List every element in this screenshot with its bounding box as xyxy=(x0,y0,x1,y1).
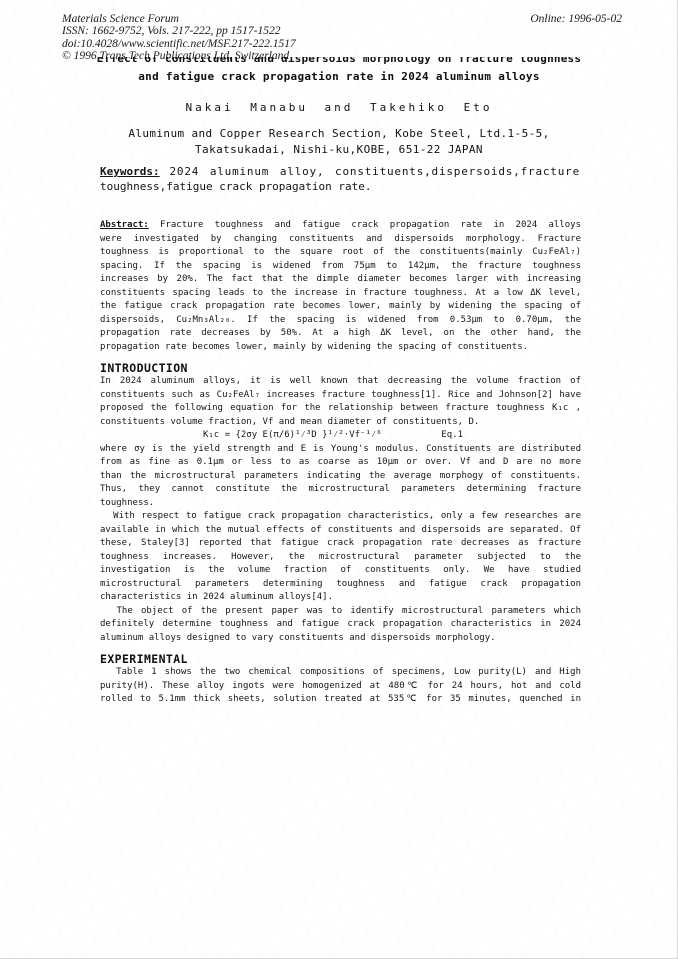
text-line: doi:10.4028/www.scientific.net/MSF.217-2… xyxy=(62,38,482,50)
keywords-line1: Keywords: 2024 aluminum alloy, constitue… xyxy=(100,165,580,180)
online-date: Online: 1996-05-02 xyxy=(0,13,622,25)
text-line: The object of the present paper was to i… xyxy=(100,605,581,619)
text-line: ISSN: 1662-9752, Vols. 217-222, pp 1517-… xyxy=(62,25,482,37)
text-line: propagation rate becomes lower, mainly b… xyxy=(100,341,581,355)
paper-title-line1-text: Effect of constituents and dispersoids m… xyxy=(88,57,590,65)
paper-title-line2: and fatigue crack propagation rate in 20… xyxy=(88,70,590,83)
affiliation-line2: Takatsukadai, Nishi-ku,KOBE, 651-22 JAPA… xyxy=(88,142,590,158)
keywords-text: 2024 aluminum alloy, constituents,disper… xyxy=(169,165,580,178)
authors: Nakai Manabu and Takehiko Eto xyxy=(88,101,590,114)
abstract-label: Abstract: xyxy=(100,220,149,230)
text-line: K₁c = {2σy E(π/6)¹⁄³D }¹⁄²·Vf⁻¹⁄⁶ Eq.1 xyxy=(100,429,581,443)
experimental-lines: Table 1 shows the two chemical compositi… xyxy=(100,666,581,707)
abstract-line1: Abstract: Fracture toughness and fatigue… xyxy=(100,219,581,233)
affiliation-line1: Aluminum and Copper Research Section, Ko… xyxy=(88,126,590,142)
text-line: toughness is proportional to the square … xyxy=(100,246,581,260)
abstract-lines: were investigated by changing constituen… xyxy=(100,233,581,355)
abstract-block: Abstract: Fracture toughness and fatigue… xyxy=(100,219,581,354)
text-line: dispersoids, Cu₂Mn₃Al₂₀. If the spacing … xyxy=(100,314,581,328)
text-line: characteristics in 2024 aluminum alloys[… xyxy=(100,591,581,605)
section-heading-introduction: INTRODUCTION xyxy=(100,361,581,375)
text-line: toughness increases. However, the micros… xyxy=(100,551,581,565)
text-line: In 2024 aluminum alloys, it is well know… xyxy=(100,375,581,389)
section-introduction: INTRODUCTION In 2024 aluminum alloys, it… xyxy=(100,361,581,645)
text-line: from as fine as 0.1μm or less to as coar… xyxy=(100,456,581,470)
affiliation: Aluminum and Copper Research Section, Ko… xyxy=(88,126,590,157)
text-line: purity(H). These alloy ingots were homog… xyxy=(100,680,581,694)
text-line: propagation rate decreases by 50%. At a … xyxy=(100,327,581,341)
text-line: increases by 20%. The fact that the dimp… xyxy=(100,273,581,287)
text-line: aluminum alloys designed to vary constit… xyxy=(100,632,581,646)
text-line: investigation is the volume fraction of … xyxy=(100,564,581,578)
text-line: definitely determine toughness and fatig… xyxy=(100,618,581,632)
text-line: these, Staley[3] reported that fatigue c… xyxy=(100,537,581,551)
text-line: Thus, they cannot constitute the microst… xyxy=(100,483,581,497)
text-line: constituents such as Cu₂FeAl₇ increases … xyxy=(100,389,581,403)
text-line: where σy is the yield strength and E is … xyxy=(100,443,581,457)
text-line: the fatigue crack propagation rate becom… xyxy=(100,300,581,314)
text-line: spacing. If the spacing is widened from … xyxy=(100,260,581,274)
abstract-line1-text: Fracture toughness and fatigue crack pro… xyxy=(160,220,581,230)
paper-title: Effect of constituents and dispersoids m… xyxy=(88,57,590,83)
text-line: toughness. xyxy=(100,497,581,511)
text-line: constituents volume fraction, Vf and mea… xyxy=(100,416,581,430)
section-experimental: EXPERIMENTAL Table 1 shows the two chemi… xyxy=(100,652,581,707)
text-line: available in which the mutual effects of… xyxy=(100,524,581,538)
keywords-block: Keywords: 2024 aluminum alloy, constitue… xyxy=(100,165,580,194)
text-line: Table 1 shows the two chemical compositi… xyxy=(100,666,581,680)
text-line: than the microstructural parameters indi… xyxy=(100,470,581,484)
text-line: constituents spacing leads to the increa… xyxy=(100,287,581,301)
introduction-lines: In 2024 aluminum alloys, it is well know… xyxy=(100,375,581,645)
keywords-label: Keywords: xyxy=(100,165,160,178)
text-line: microstructural parameters determining t… xyxy=(100,578,581,592)
text-line: were investigated by changing constituen… xyxy=(100,233,581,247)
scanned-paper-page: Materials Science ForumISSN: 1662-9752, … xyxy=(0,0,678,959)
text-line: rolled to 5.1mm thick sheets, solution t… xyxy=(100,693,581,707)
section-heading-experimental: EXPERIMENTAL xyxy=(100,652,581,666)
paper-title-line1-clipped: Effect of constituents and dispersoids m… xyxy=(88,57,590,67)
text-line: With respect to fatigue crack propagatio… xyxy=(100,510,581,524)
keywords-line2: toughness,fatigue crack propagation rate… xyxy=(100,180,580,195)
text-line: proposed the following equation for the … xyxy=(100,402,581,416)
